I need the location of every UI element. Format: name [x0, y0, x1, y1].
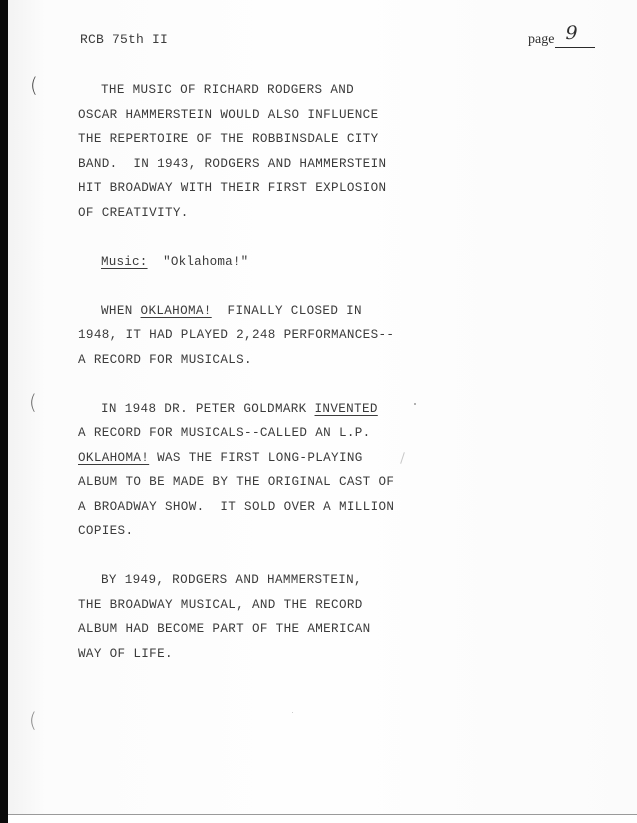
scan-bottom-margin: [8, 815, 637, 823]
text-line: A BROADWAY SHOW. IT SOLD OVER A MILLION: [78, 495, 398, 520]
scan-left-edge: [0, 0, 8, 823]
document-body: THE MUSIC OF RICHARD RODGERS AND OSCAR H…: [78, 78, 398, 691]
text-line: THE MUSIC OF RICHARD RODGERS AND: [78, 78, 398, 103]
page-number-field: page 9: [528, 32, 595, 48]
text-line: OKLAHOMA! WAS THE FIRST LONG-PLAYING: [78, 446, 398, 471]
text-line: HIT BROADWAY WITH THEIR FIRST EXPLOSION: [78, 176, 398, 201]
page-label: page: [528, 32, 554, 48]
text-line: COPIES.: [78, 519, 398, 544]
text-line: BY 1949, RODGERS AND HAMMERSTEIN,: [78, 568, 398, 593]
text-line: A RECORD FOR MUSICALS.: [78, 348, 398, 373]
underlined-title: OKLAHOMA!: [78, 451, 149, 465]
music-cue: Music: "Oklahoma!": [78, 250, 398, 275]
text-line: WHEN OKLAHOMA! FINALLY CLOSED IN: [78, 299, 398, 324]
text-line: THE REPERTOIRE OF THE ROBBINSDALE CITY: [78, 127, 398, 152]
text-fragment: WHEN: [101, 304, 141, 318]
paragraph-lp-record: IN 1948 DR. PETER GOLDMARK INVENTED A RE…: [78, 397, 398, 544]
text-line: BAND. IN 1943, RODGERS AND HAMMERSTEIN: [78, 152, 398, 177]
underlined-word: INVENTED: [315, 402, 378, 416]
binder-hole-mark-top: (: [30, 73, 38, 97]
paragraph-american-way-of-life: BY 1949, RODGERS AND HAMMERSTEIN, THE BR…: [78, 568, 398, 666]
paragraph-rodgers-hammerstein-intro: THE MUSIC OF RICHARD RODGERS AND OSCAR H…: [78, 78, 398, 225]
text-line: ALBUM TO BE MADE BY THE ORIGINAL CAST OF: [78, 470, 398, 495]
paragraph-oklahoma-closing: WHEN OKLAHOMA! FINALLY CLOSED IN 1948, I…: [78, 299, 398, 373]
text-fragment: IN 1948 DR. PETER GOLDMARK: [101, 402, 315, 416]
underlined-title: OKLAHOMA!: [141, 304, 212, 318]
binder-hole-mark-middle: (: [29, 390, 37, 414]
text-line: A RECORD FOR MUSICALS--CALLED AN L.P.: [78, 421, 398, 446]
document-header-id: RCB 75th II: [80, 32, 168, 47]
text-line: OSCAR HAMMERSTEIN WOULD ALSO INFLUENCE: [78, 103, 398, 128]
binder-hole-mark-bottom: (: [29, 708, 37, 732]
handwritten-page-number: 9: [565, 22, 577, 44]
music-cue-label: Music:: [101, 255, 148, 269]
page-number-blank: 9: [555, 32, 595, 48]
text-line: THE BROADWAY MUSICAL, AND THE RECORD: [78, 593, 398, 618]
text-line: OF CREATIVITY.: [78, 201, 398, 226]
music-cue-line: Music: "Oklahoma!": [78, 250, 398, 275]
text-line: IN 1948 DR. PETER GOLDMARK INVENTED: [78, 397, 398, 422]
text-fragment: WAS THE FIRST LONG-PLAYING: [149, 451, 363, 465]
text-line: ALBUM HAD BECOME PART OF THE AMERICAN: [78, 617, 398, 642]
music-cue-title: "Oklahoma!": [163, 255, 248, 269]
text-line: 1948, IT HAD PLAYED 2,248 PERFORMANCES--: [78, 323, 398, 348]
paper-speck: [292, 712, 293, 713]
text-fragment: FINALLY CLOSED IN: [212, 304, 362, 318]
paper-speck: [414, 403, 416, 405]
text-line: WAY OF LIFE.: [78, 642, 398, 667]
